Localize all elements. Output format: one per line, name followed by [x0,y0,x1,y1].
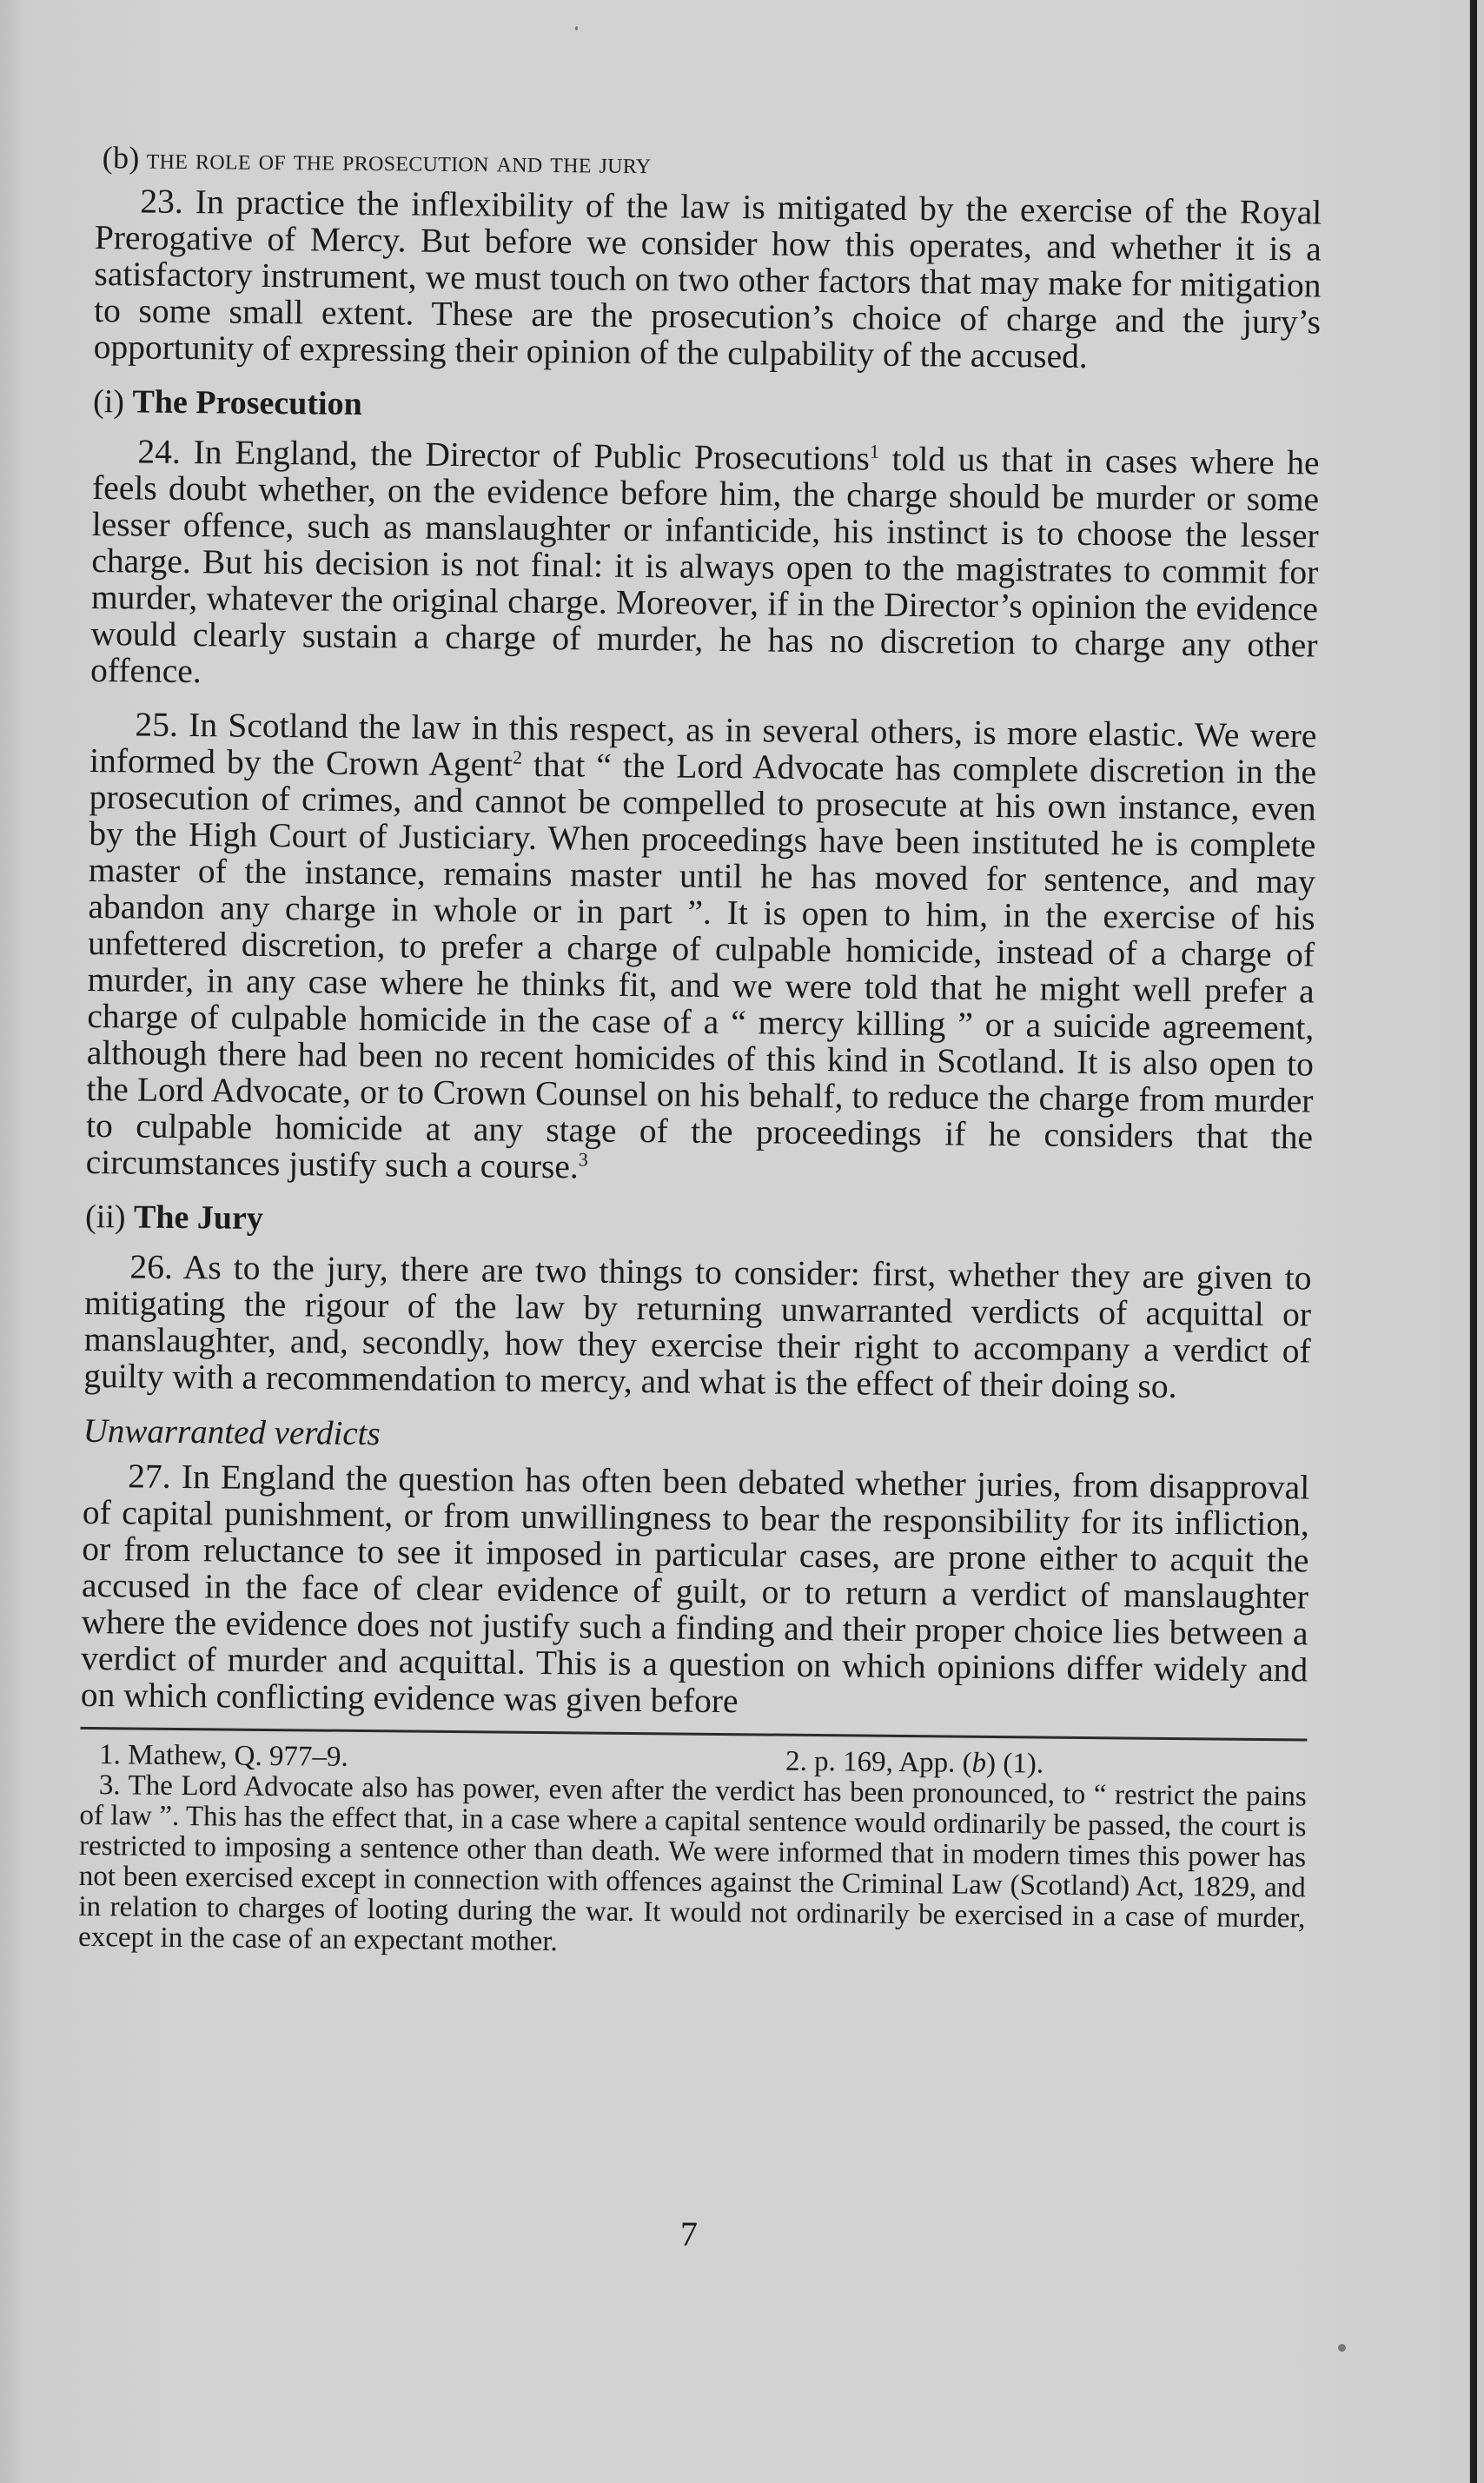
section-label: (b) [103,140,140,175]
footnote-ref-1: 1 [870,441,879,462]
footnote-divider [80,1727,1307,1742]
footnotes: 1. Mathew, Q. 977–9. 2. p. 169, App. (b)… [78,1740,1307,1965]
subheading-number: (ii) [85,1198,126,1235]
footnote-2-text-end: ) (1). [986,1748,1043,1780]
subheading-number: (i) [93,383,124,420]
subheading-title: The Prosecution [132,383,362,422]
footnote-ref-3: 3 [579,1148,588,1170]
page-edge-shadow [1470,0,1477,2483]
paragraph-24: 24. In England, the Director of Public P… [90,433,1320,700]
subheading-jury: (ii) The Jury [85,1198,1312,1248]
paragraph-27: 27. In England the question has often be… [81,1457,1310,1725]
footnote-2-text: 2. p. 169, App. ( [785,1746,972,1779]
paragraph-26: 26. As to the jury, there are two things… [83,1248,1312,1406]
scan-speck [575,26,578,30]
scan-speck [1338,2344,1346,2352]
subheading-unwarranted-verdicts: Unwarranted verdicts [83,1411,1310,1463]
scanned-page: (b)THE ROLE OF THE PROSECUTION AND THE J… [0,0,1477,2483]
paragraph-24-text-end: told us that in cases where he feels dou… [90,440,1320,691]
paragraph-23: 23. In practice the inflexibility of the… [94,183,1322,377]
page-body: (b)THE ROLE OF THE PROSECUTION AND THE J… [78,139,1322,1964]
paragraph-25: 25. In Scotland the law in this respect,… [86,706,1317,1192]
subheading-prosecution: (i) The Prosecution [93,382,1320,433]
page-number: 7 [76,2207,1302,2261]
footnote-2: 2. p. 169, App. (b) (1). [785,1747,1043,1780]
subheading-title: The Jury [134,1198,263,1236]
footnote-2-italic: b [971,1748,986,1779]
footnote-3: 3. The Lord Advocate also has power, eve… [78,1770,1307,1965]
footnote-ref-2: 2 [513,747,522,768]
section-title: THE ROLE OF THE PROSECUTION AND THE JURY [146,143,651,181]
paragraph-25-text-end: that “ the Lord Advocate has complete di… [85,746,1316,1186]
section-heading: (b)THE ROLE OF THE PROSECUTION AND THE J… [103,139,1322,187]
